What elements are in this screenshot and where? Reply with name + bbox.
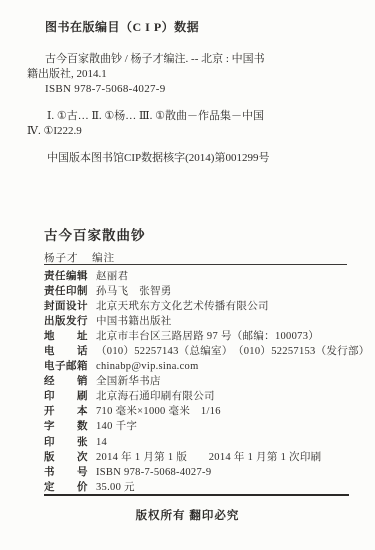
colophon-row-email: 电子邮箱 chinabp@vip.sina.com (44, 359, 363, 374)
copyright-page: 图书在版编目（C I P）数据 古今百家散曲钞 / 杨子才编注. -- 北京 :… (0, 0, 375, 550)
copyright-notice: 版权所有 翻印必究 (0, 507, 375, 523)
author-line: 杨子才 编注 (44, 250, 115, 265)
cip-classification-line-1: Ⅰ. ①古… Ⅱ. ①杨… Ⅲ. ①散曲－作品集－中国 (27, 109, 357, 124)
colophon-row-print-supervisor: 责任印制 孙马飞 张智勇 (44, 284, 363, 299)
author-name: 杨子才 (44, 253, 79, 264)
row-value: 全国新华书店 (96, 374, 161, 389)
cip-data-block: 图书在版编目（C I P）数据 古今百家散曲钞 / 杨子才编注. -- 北京 :… (27, 20, 357, 166)
colophon-row-price: 定 价 35.00 元 (44, 480, 363, 495)
row-value: 北京海石通印刷有限公司 (96, 389, 215, 404)
cip-classification-line-2: Ⅳ. ①I222.9 (27, 124, 357, 139)
row-label: 书 号 (44, 465, 88, 480)
row-value: 北京市丰台区三路居路 97 号（邮编：100073） (96, 329, 319, 344)
cip-header: 图书在版编目（C I P）数据 (27, 20, 357, 34)
divider-top (44, 264, 347, 265)
row-label: 开 本 (44, 404, 88, 419)
cip-isbn-line: ISBN 978-7-5068-4027-9 (27, 82, 357, 97)
row-label: 电 话 (44, 344, 88, 359)
row-label: 封面设计 (44, 299, 88, 314)
row-label: 定 价 (44, 480, 88, 495)
row-value: 710 毫米×1000 毫米 1/16 (96, 404, 221, 419)
row-label: 字 数 (44, 419, 88, 434)
row-value: ISBN 978-7-5068-4027-9 (96, 465, 211, 480)
cip-record-number: 中国版本图书馆CIP数据核字(2014)第001299号 (27, 151, 357, 166)
colophon-row-distribution: 经 销 全国新华书店 (44, 374, 363, 389)
cip-title-line: 古今百家散曲钞 / 杨子才编注. -- 北京 : 中国书 (27, 52, 357, 67)
row-label: 责任印制 (44, 284, 88, 299)
divider-bottom (44, 494, 349, 496)
colophon-table: 责任编辑 赵丽君 责任印制 孙马飞 张智勇 封面设计 北京天玳东方文化艺术传播有… (44, 269, 363, 495)
row-label: 印 张 (44, 435, 88, 450)
row-value: 北京天玳东方文化艺术传播有限公司 (96, 299, 269, 314)
row-label: 责任编辑 (44, 269, 88, 284)
row-label: 地 址 (44, 329, 88, 344)
row-label: 经 销 (44, 374, 88, 389)
row-value: （010）52257143（总编室） （010）52257153（发行部） (96, 344, 370, 359)
row-value: chinabp@vip.sina.com (96, 359, 199, 374)
colophon-row-phone: 电 话 （010）52257143（总编室） （010）52257153（发行部… (44, 344, 363, 359)
colophon-row-cover-design: 封面设计 北京天玳东方文化艺术传播有限公司 (44, 299, 363, 314)
row-value: 14 (96, 435, 107, 450)
colophon-row-sheets: 印 张 14 (44, 435, 363, 450)
colophon-row-word-count: 字 数 140 千字 (44, 419, 363, 434)
colophon-row-edition: 版 次 2014 年 1 月第 1 版 2014 年 1 月第 1 次印刷 (44, 450, 363, 465)
book-title: 古今百家散曲钞 (44, 224, 146, 244)
colophon-row-editor: 责任编辑 赵丽君 (44, 269, 363, 284)
row-value: 孙马飞 张智勇 (96, 284, 172, 299)
author-role: 编注 (92, 253, 115, 264)
colophon-row-format: 开 本 710 毫米×1000 毫米 1/16 (44, 404, 363, 419)
row-value: 中国书籍出版社 (96, 314, 172, 329)
row-value: 35.00 元 (96, 480, 135, 495)
colophon-row-printer: 印 刷 北京海石通印刷有限公司 (44, 389, 363, 404)
cip-title-line-2: 籍出版社, 2014.1 (27, 67, 357, 82)
row-value: 赵丽君 (96, 269, 128, 284)
row-label: 出版发行 (44, 314, 88, 329)
row-label: 印 刷 (44, 389, 88, 404)
colophon-row-address: 地 址 北京市丰台区三路居路 97 号（邮编：100073） (44, 329, 363, 344)
row-value: 2014 年 1 月第 1 版 2014 年 1 月第 1 次印刷 (96, 450, 321, 465)
colophon-row-publisher: 出版发行 中国书籍出版社 (44, 314, 363, 329)
colophon-row-isbn: 书 号 ISBN 978-7-5068-4027-9 (44, 465, 363, 480)
row-value: 140 千字 (96, 419, 137, 434)
row-label: 版 次 (44, 450, 88, 465)
row-label: 电子邮箱 (44, 359, 88, 374)
